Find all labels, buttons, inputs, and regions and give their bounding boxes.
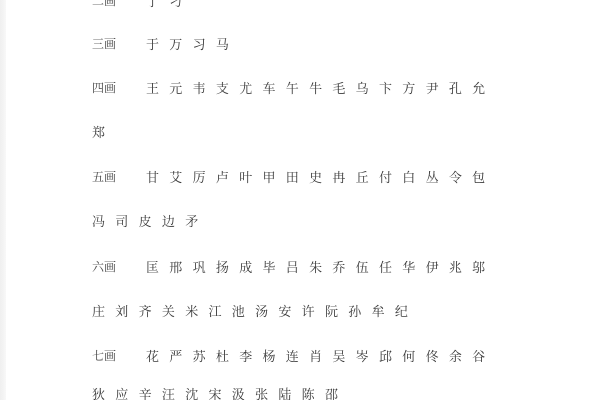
stroke-group-continuation-row: 狄应辛汪沈宋汲张陆陈邵 (92, 383, 348, 400)
stroke-group-row: 二画丁刁 (92, 0, 193, 10)
surname-char: 阮 (325, 301, 348, 320)
surname-char: 叶 (239, 167, 262, 186)
surname-char: 杜 (216, 346, 239, 365)
surname-char: 沈 (185, 384, 208, 400)
surname-char: 任 (379, 257, 402, 276)
surname-char: 厉 (193, 167, 216, 186)
surname-char: 庄 (92, 301, 115, 320)
stroke-count-label: 二画 (92, 0, 146, 9)
surname-char: 孙 (348, 301, 371, 320)
surname-char: 匡 (146, 257, 169, 276)
surname-char: 朱 (309, 257, 332, 276)
surname-char: 扬 (216, 257, 239, 276)
surname-char: 午 (286, 78, 309, 97)
stroke-group-row: 五画甘艾厉卢叶甲田史冉丘付白丛令包 (92, 166, 495, 186)
surname-char: 吕 (286, 257, 309, 276)
surname-char: 元 (169, 78, 192, 97)
surname-list: 花严苏杜李杨连肖吴岑邱何佟余谷 (146, 346, 495, 365)
surname-char: 杨 (262, 346, 285, 365)
surname-char: 白 (402, 167, 425, 186)
surname-char: 毛 (332, 78, 355, 97)
surname-list: 狄应辛汪沈宋汲张陆陈邵 (92, 384, 348, 400)
surname-char: 张 (255, 384, 278, 400)
surname-char: 王 (146, 78, 169, 97)
surname-char: 田 (286, 167, 309, 186)
surname-char: 牟 (372, 301, 395, 320)
surname-char: 丛 (426, 167, 449, 186)
surname-char: 江 (208, 301, 231, 320)
surname-char: 冉 (332, 167, 355, 186)
surname-char: 邱 (379, 346, 402, 365)
surname-char: 甘 (146, 167, 169, 186)
surname-char: 巩 (193, 257, 216, 276)
surname-list: 丁刁 (146, 0, 193, 10)
stroke-group-row: 三画于万习马 (92, 33, 239, 53)
surname-char: 史 (309, 167, 332, 186)
surname-char: 宋 (208, 384, 231, 400)
surname-char: 支 (216, 78, 239, 97)
surname-char: 兆 (449, 257, 472, 276)
surname-char: 吴 (332, 346, 355, 365)
surname-char: 邬 (472, 257, 495, 276)
surname-char: 边 (162, 211, 185, 230)
surname-char: 丘 (356, 167, 379, 186)
surname-char: 韦 (193, 78, 216, 97)
surname-char: 余 (449, 346, 472, 365)
surname-list: 甘艾厉卢叶甲田史冉丘付白丛令包 (146, 167, 495, 186)
surname-char: 刁 (169, 0, 192, 10)
stroke-count-label: 六画 (92, 258, 146, 275)
stroke-group-row: 七画花严苏杜李杨连肖吴岑邱何佟余谷 (92, 345, 495, 365)
surname-char: 花 (146, 346, 169, 365)
surname-char: 伍 (356, 257, 379, 276)
surname-char: 付 (379, 167, 402, 186)
surname-char: 汤 (255, 301, 278, 320)
surname-char: 卢 (216, 167, 239, 186)
surname-char: 关 (162, 301, 185, 320)
surname-char: 陈 (302, 384, 325, 400)
surname-char: 卞 (379, 78, 402, 97)
surname-char: 安 (278, 301, 301, 320)
surname-char: 矛 (185, 211, 208, 230)
stroke-group-continuation-row: 郑 (92, 121, 115, 141)
stroke-group-row: 六画匡邢巩扬成毕吕朱乔伍任华伊兆邬 (92, 256, 495, 276)
surname-char: 邵 (325, 384, 348, 400)
stroke-count-label: 五画 (92, 168, 146, 185)
surname-char: 丁 (146, 0, 169, 10)
surname-char: 乌 (356, 78, 379, 97)
surname-char: 令 (449, 167, 472, 186)
surname-char: 肖 (309, 346, 332, 365)
surname-char: 米 (185, 301, 208, 320)
surname-char: 刘 (115, 301, 138, 320)
surname-list: 郑 (92, 122, 115, 141)
surname-char: 连 (286, 346, 309, 365)
stroke-group-row: 四画王元韦支尤车午牛毛乌卞方尹孔允 (92, 77, 495, 97)
surname-char: 汪 (162, 384, 185, 400)
surname-char: 允 (472, 78, 495, 97)
surname-char: 李 (239, 346, 262, 365)
surname-char: 池 (232, 301, 255, 320)
surname-char: 纪 (395, 301, 418, 320)
surname-char: 马 (216, 34, 239, 53)
surname-char: 牛 (309, 78, 332, 97)
surname-list: 冯司皮边矛 (92, 211, 208, 230)
stroke-group-continuation-row: 冯司皮边矛 (92, 210, 208, 230)
surname-char: 谷 (472, 346, 495, 365)
surname-char: 狄 (92, 384, 115, 400)
stroke-count-label: 四画 (92, 79, 146, 96)
stroke-group-continuation-row: 庄刘齐关米江池汤安许阮孙牟纪 (92, 300, 418, 320)
surname-list: 王元韦支尤车午牛毛乌卞方尹孔允 (146, 78, 495, 97)
surname-char: 岑 (356, 346, 379, 365)
surname-char: 佟 (426, 346, 449, 365)
stroke-count-label: 三画 (92, 35, 146, 52)
surname-char: 汲 (232, 384, 255, 400)
surname-list: 匡邢巩扬成毕吕朱乔伍任华伊兆邬 (146, 257, 495, 276)
surname-char: 于 (146, 34, 169, 53)
surname-char: 甲 (262, 167, 285, 186)
surname-char: 成 (239, 257, 262, 276)
surname-char: 何 (402, 346, 425, 365)
surname-char: 万 (169, 34, 192, 53)
surname-char: 冯 (92, 211, 115, 230)
surname-char: 辛 (139, 384, 162, 400)
surname-char: 孔 (449, 78, 472, 97)
surname-char: 乔 (332, 257, 355, 276)
surname-list: 于万习马 (146, 34, 239, 53)
surname-char: 车 (262, 78, 285, 97)
surname-char: 尹 (426, 78, 449, 97)
surname-char: 郑 (92, 122, 115, 141)
surname-char: 严 (169, 346, 192, 365)
surname-char: 齐 (139, 301, 162, 320)
surname-char: 尤 (239, 78, 262, 97)
stroke-count-label: 七画 (92, 347, 146, 364)
surname-char: 毕 (262, 257, 285, 276)
surname-char: 方 (402, 78, 425, 97)
surname-char: 司 (115, 211, 138, 230)
surname-char: 包 (472, 167, 495, 186)
document-page: 二画丁刁三画于万习马四画王元韦支尤车午牛毛乌卞方尹孔允郑五画甘艾厉卢叶甲田史冉丘… (0, 0, 600, 400)
surname-char: 苏 (193, 346, 216, 365)
surname-char: 许 (302, 301, 325, 320)
surname-char: 皮 (139, 211, 162, 230)
surname-char: 陆 (278, 384, 301, 400)
surname-char: 习 (193, 34, 216, 53)
surname-list: 庄刘齐关米江池汤安许阮孙牟纪 (92, 301, 418, 320)
surname-char: 应 (115, 384, 138, 400)
surname-char: 伊 (426, 257, 449, 276)
surname-char: 邢 (169, 257, 192, 276)
surname-char: 华 (402, 257, 425, 276)
surname-char: 艾 (169, 167, 192, 186)
